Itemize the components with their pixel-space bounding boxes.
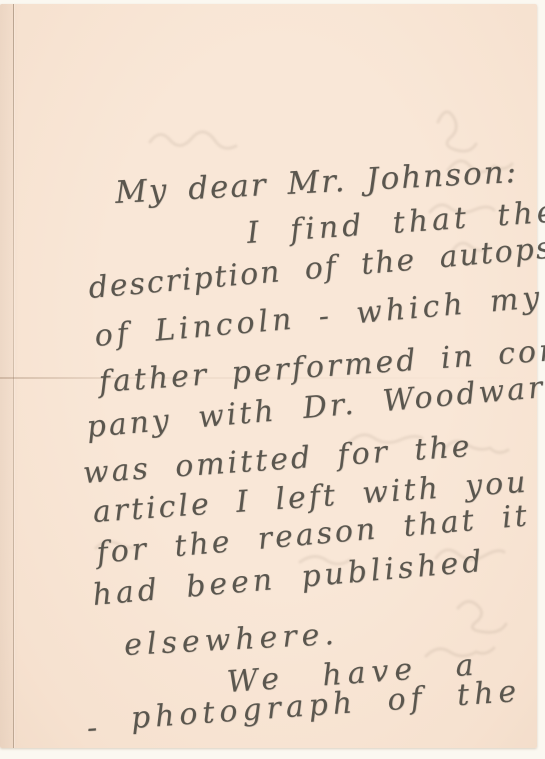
stray-ink-dash: -	[86, 713, 98, 744]
fold-crease-vertical	[13, 4, 14, 748]
scan-background: My dear Mr. Johnson: I find that the des…	[0, 0, 545, 759]
